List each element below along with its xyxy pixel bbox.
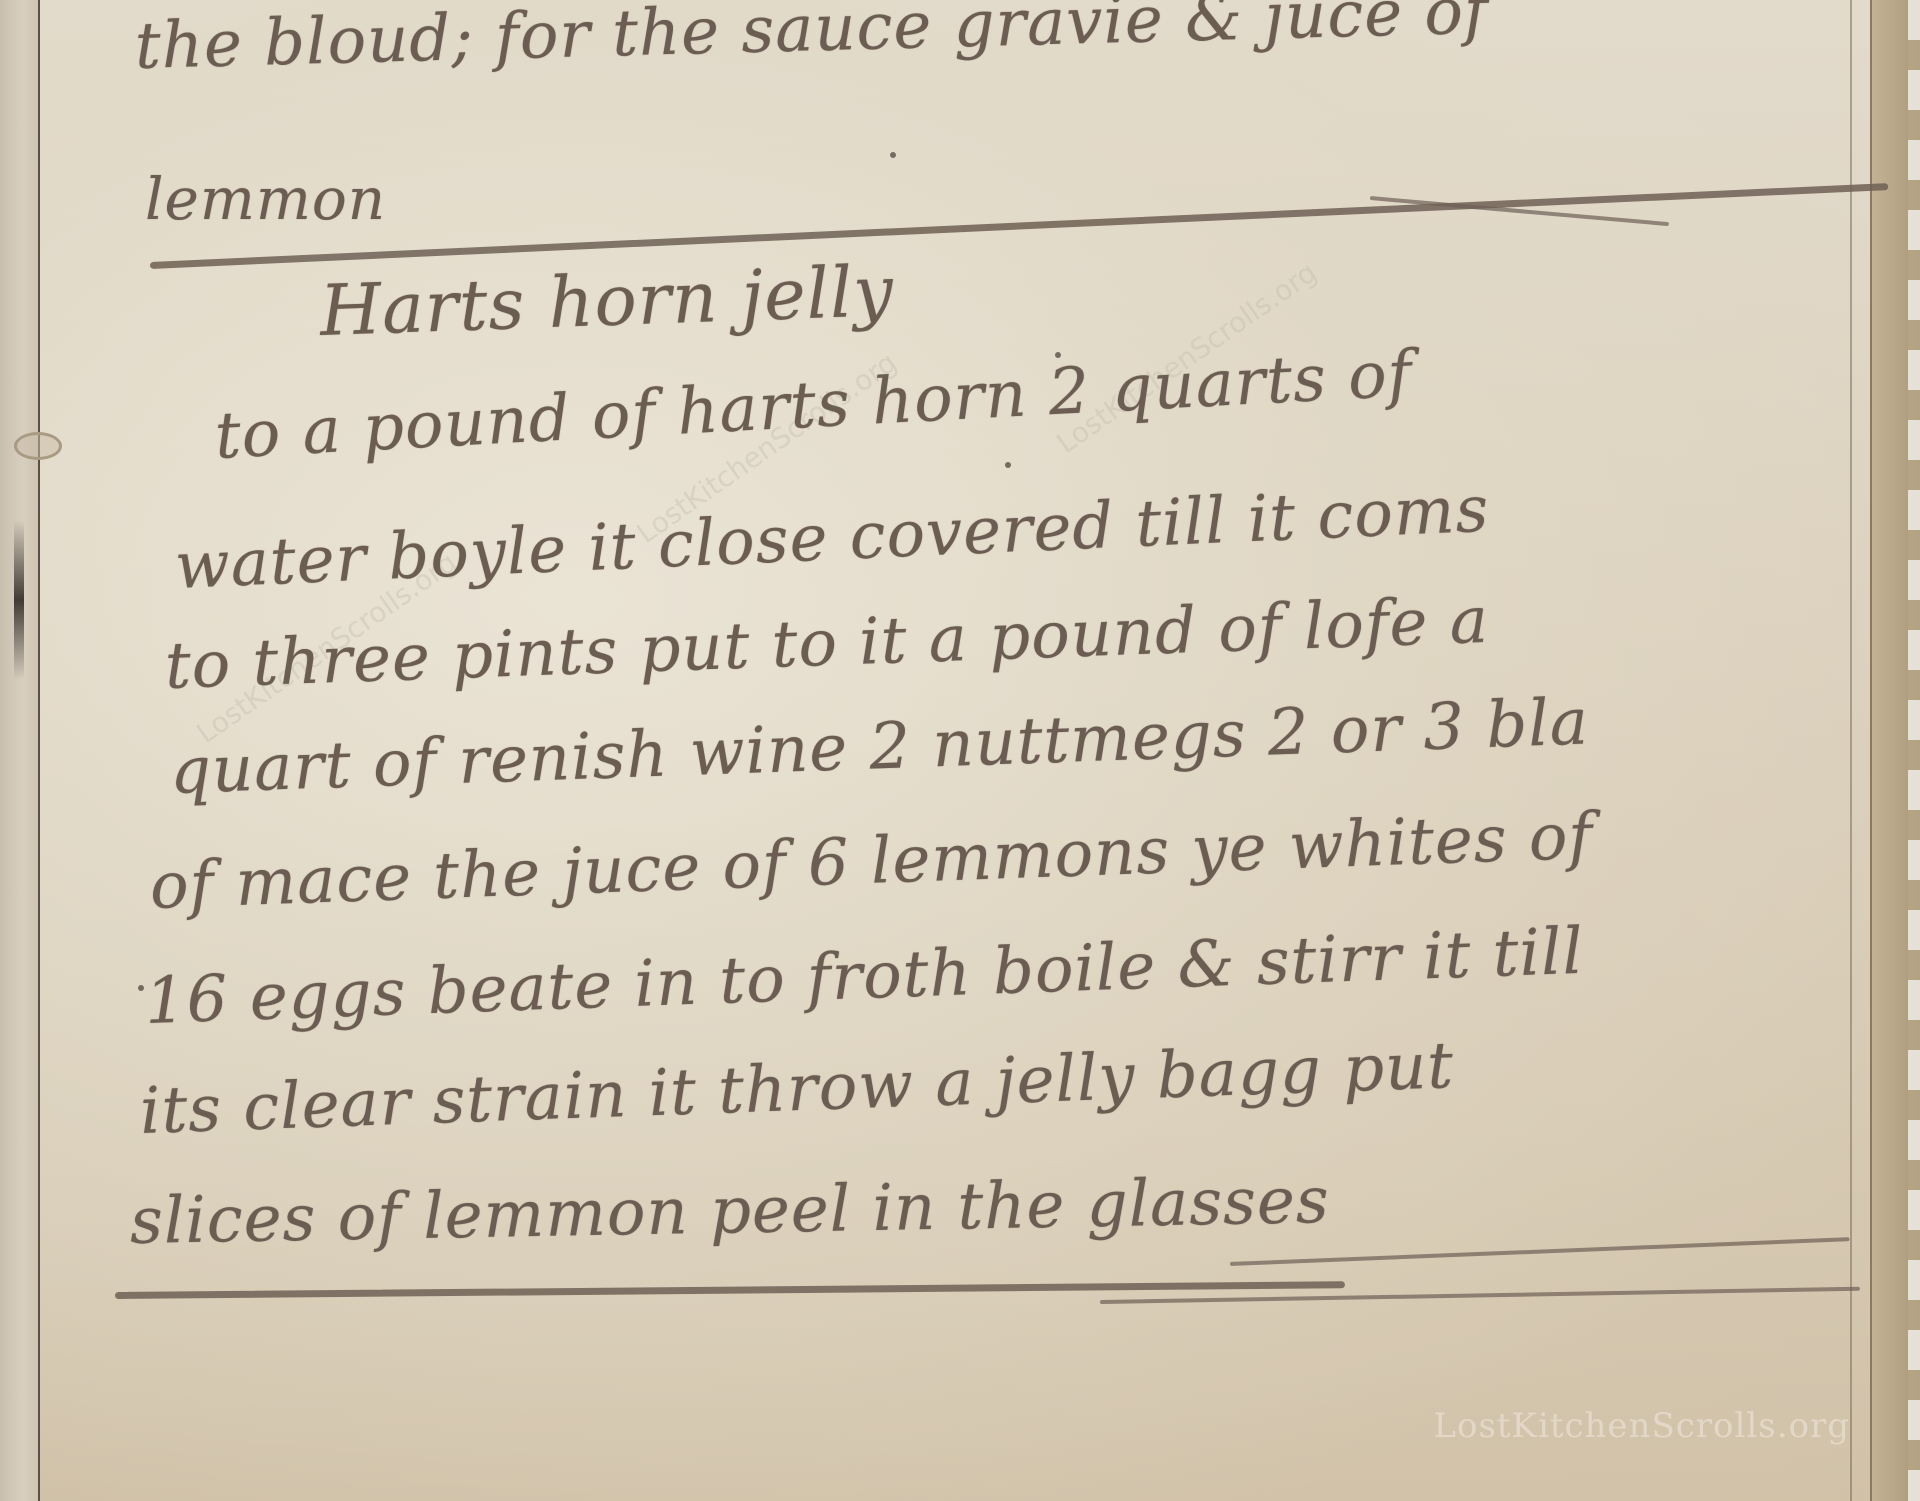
paper-speck: [138, 985, 144, 991]
separator-rule: [150, 183, 1889, 269]
page-edge-line: [1850, 0, 1852, 1501]
previous-recipe-line: lemmon: [145, 165, 386, 233]
paper-speck: [890, 152, 896, 158]
separator-rule: [1230, 1237, 1850, 1266]
previous-recipe-line: the bloud; for the sauce gravie & juce o…: [134, 0, 1490, 84]
site-watermark: LostKitchenScrolls.org: [1433, 1406, 1850, 1446]
binding-shadow: [14, 520, 24, 680]
recipe-line: to a pound of harts horn 2 quarts of: [213, 337, 1414, 474]
paper-speck: [1005, 462, 1011, 468]
recipe-line: water boyle it close covered till it com…: [173, 473, 1490, 604]
paper-speck: [1055, 352, 1061, 358]
torn-page-edge: [1870, 0, 1920, 1501]
manuscript-page: LostKitchenScrolls.org LostKitchenScroll…: [0, 0, 1920, 1501]
recipe-title: Harts horn jelly: [319, 250, 896, 352]
recipe-line: quart of renish wine 2 nuttmegs 2 or 3 b…: [169, 685, 1590, 809]
recipe-line: slices of lemmon peel in the glasses: [129, 1164, 1330, 1259]
recipe-line: of mace the juce of 6 lemmons ye whites …: [149, 800, 1595, 924]
recipe-line: 16 eggs beate in to froth boile & stirr …: [144, 915, 1585, 1039]
binding-thread: [14, 432, 62, 460]
recipe-line: its clear strain it throw a jelly bagg p…: [139, 1029, 1455, 1149]
separator-rule: [115, 1281, 1345, 1299]
book-gutter: [0, 0, 40, 1501]
